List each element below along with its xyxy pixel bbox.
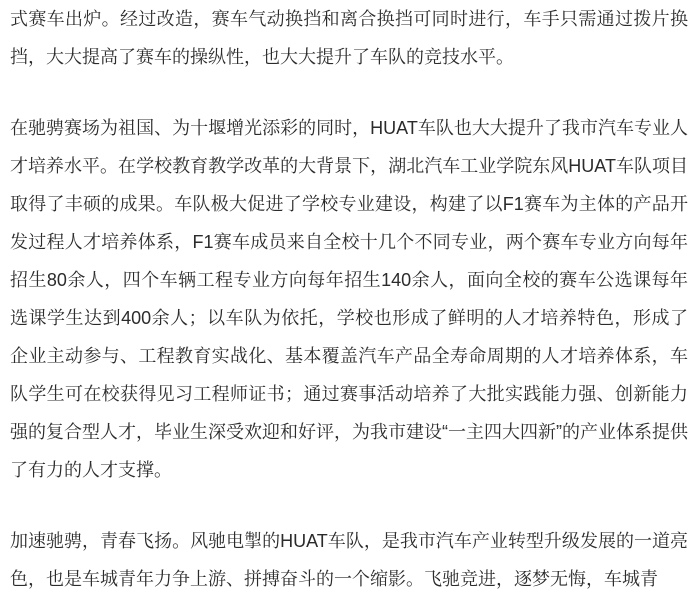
article-body: 式赛车出炉。经过改造，赛车气动换挡和离合换挡可同时进行，车手只需通过拨片换挡，大… [0,0,700,595]
paragraph-3: 加速驰骋，青春飞扬。风驰电掣的HUAT车队，是我市汽车产业转型升级发展的一道亮色… [10,522,688,595]
paragraph-1: 式赛车出炉。经过改造，赛车气动换挡和离合换挡可同时进行，车手只需通过拨片换挡，大… [10,0,688,76]
paragraph-2: 在驰骋赛场为祖国、为十堰增光添彩的同时，HUAT车队也大大提升了我市汽车专业人才… [10,109,688,489]
